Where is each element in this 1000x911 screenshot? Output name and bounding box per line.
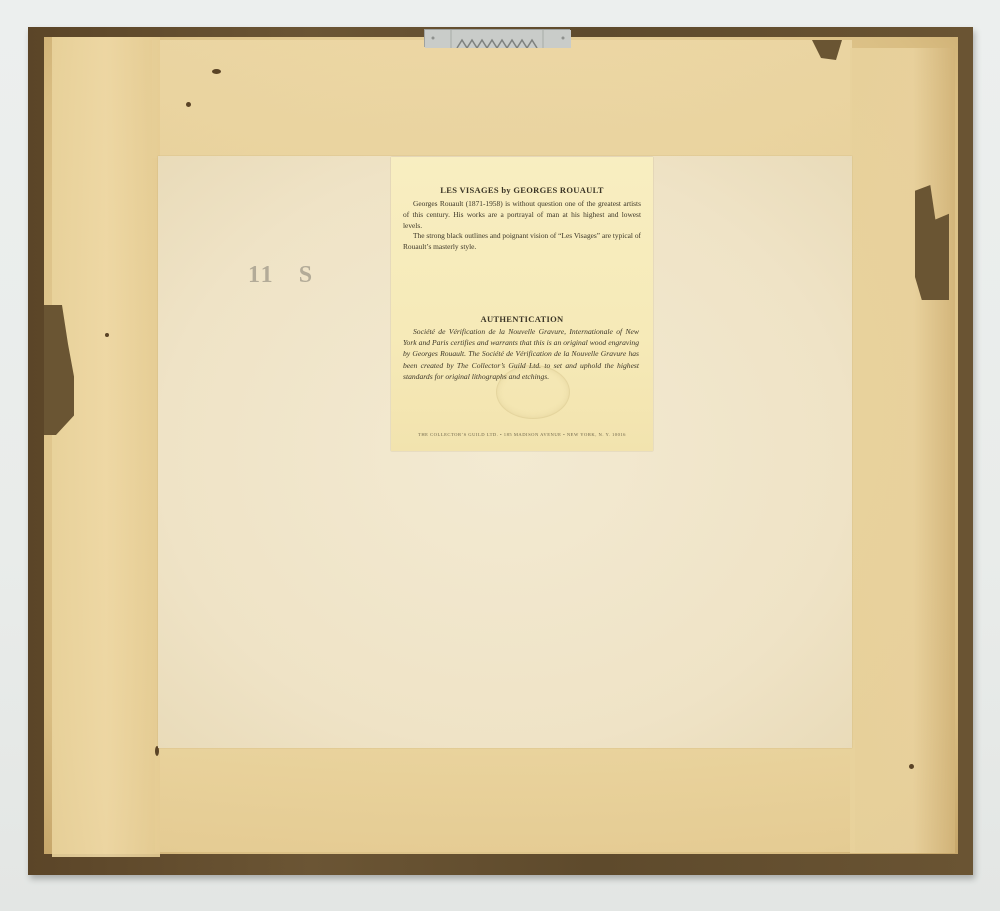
authentication-heading: AUTHENTICATION (391, 314, 653, 324)
tape-strip-right (850, 48, 955, 853)
pencil-inscription: 11S (248, 262, 314, 289)
stain-spot (186, 102, 191, 107)
stain-spot (212, 69, 221, 74)
tape-strip-left (52, 37, 160, 857)
label-footer-address: THE COLLECTOR’S GUILD LTD. • 185 MADISON… (391, 432, 653, 437)
label-paragraph: Georges Rouault (1871-1958) is without q… (403, 199, 641, 231)
label-description: Georges Rouault (1871-1958) is without q… (403, 199, 641, 253)
label-paragraph: The strong black outlines and poignant v… (403, 231, 641, 253)
sawtooth-hanger-icon (424, 29, 570, 47)
label-title: LES VISAGES by GEORGES ROUAULT (391, 185, 653, 195)
pencil-number: 11 (248, 262, 275, 288)
tape-strip-top (152, 40, 852, 158)
pencil-letter: S (299, 262, 314, 288)
authentication-label: LES VISAGES by GEORGES ROUAULT Georges R… (391, 157, 653, 451)
tape-strip-bottom (155, 740, 855, 852)
authentication-text: Société de Vérification de la Nouvelle G… (403, 326, 639, 382)
stain-spot (909, 764, 914, 769)
stain-spot (105, 333, 109, 337)
